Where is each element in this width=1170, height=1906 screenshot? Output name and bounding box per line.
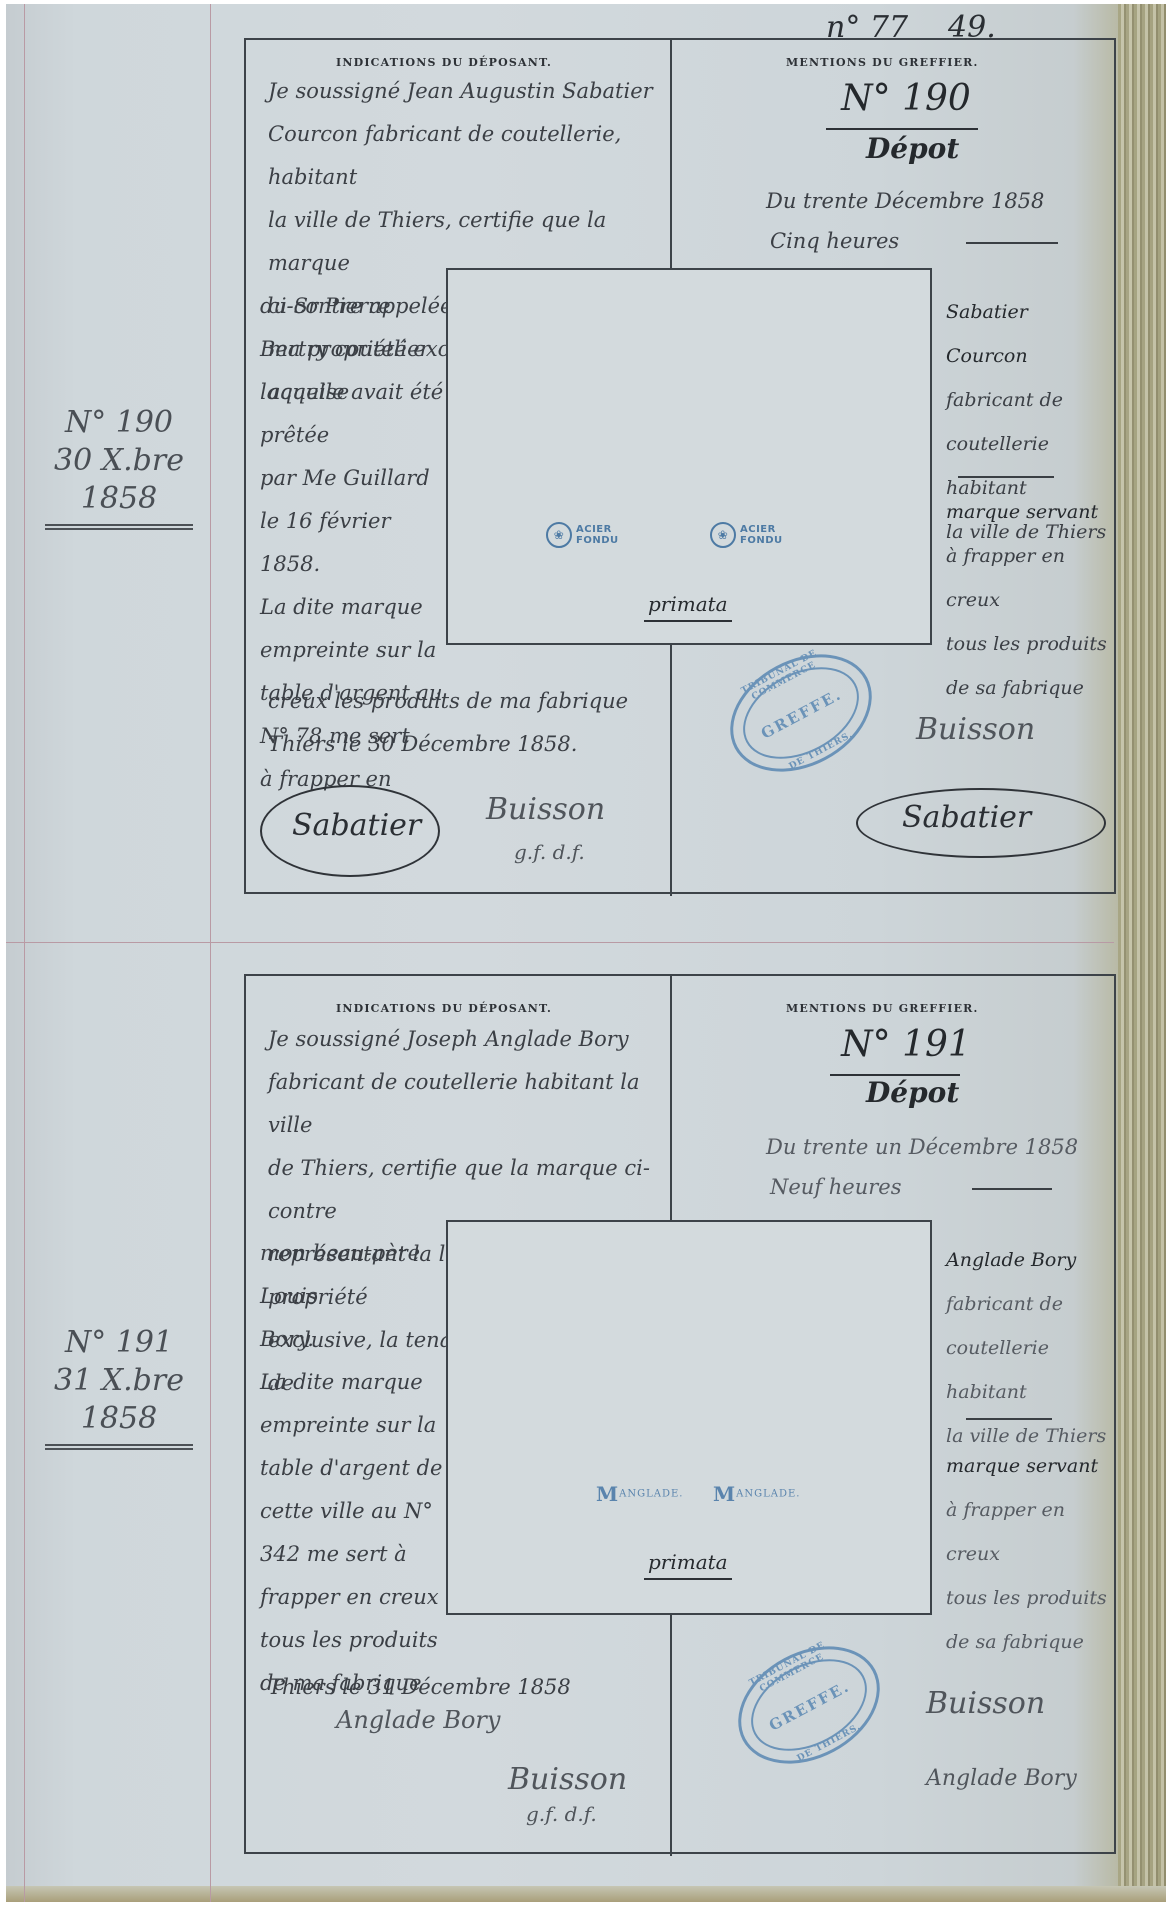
margin-entry-190: N° 190 30 X.bre 1858 — [34, 404, 204, 530]
depositor-signature: Anglade Bory — [336, 1706, 500, 1734]
statement-line: Je soussigné Jean Augustin Sabatier — [268, 70, 668, 113]
statement-line: tous les produits — [260, 1619, 445, 1662]
filler-rule — [966, 1418, 1052, 1420]
clerk-signature-initials: g.f. d.f. — [514, 840, 585, 864]
margin-rule-left — [24, 4, 25, 1902]
clerk-line: fabricant de — [946, 1282, 1114, 1326]
margin-entry-number: N° 190 — [34, 404, 204, 442]
mark-text: ACIER — [576, 524, 612, 535]
clerk-line: fabricant de — [946, 378, 1114, 422]
depositor-countersignature: Sabatier — [902, 800, 1031, 835]
statement-line: cette ville au N° — [260, 1490, 445, 1533]
depositor-heading: Indications du déposant. — [336, 56, 552, 69]
clerk-entry-number: N° 190 — [826, 78, 986, 119]
rose-icon: ❀ — [546, 522, 572, 548]
margin-entry-number: N° 191 — [34, 1324, 204, 1362]
clerk-line: tous les produits — [946, 622, 1114, 666]
margin-entry-date: 31 X.bre 1858 — [34, 1362, 204, 1438]
statement-line: frapper en creux — [260, 1576, 445, 1619]
deposit-time: Cinq heures — [770, 220, 899, 263]
clerk-line: Sabatier Courcon — [946, 290, 1114, 378]
tribunal-greffe-stamp: TRIBUNAL DE COMMERCE GREFFE. DE THIERS. — [710, 631, 892, 795]
mark-imprint-m-anglade: MANGLADE. — [713, 1482, 800, 1506]
margin-entry-date: 30 X.bre 1858 — [34, 442, 204, 518]
clerk-line: marque servant — [946, 1444, 1114, 1488]
book-page-edges — [1118, 4, 1166, 1902]
imprint-label: primata — [648, 1550, 728, 1580]
letter-m-icon: M — [596, 1482, 619, 1506]
column-divider-lower — [670, 643, 672, 896]
filler-rule — [966, 242, 1058, 244]
deposit-form-190: Indications du déposant. Mentions du gre… — [244, 38, 1116, 894]
clerk-line: Anglade Bory — [946, 1238, 1114, 1282]
statement-line: La dite marque — [260, 1361, 445, 1404]
mark-text: FONDU — [576, 535, 619, 546]
mark-text: FONDU — [740, 535, 783, 546]
register-page-photo: n° 7749. N° 190 30 X.bre 1858 Indication… — [6, 4, 1166, 1902]
statement-line: Courcon fabricant de coutellerie, habita… — [268, 113, 668, 199]
statement-line: La dite marque — [260, 586, 445, 629]
statement-line: laquelle avait été prêtée — [260, 371, 445, 457]
statement-line: du Sr Pierre — [260, 285, 445, 328]
clerk-heading: Mentions du greffier. — [786, 1002, 979, 1015]
double-rule — [45, 524, 193, 530]
clerk-countersignature: Buisson — [916, 712, 1035, 747]
margin-rule-right — [210, 4, 211, 1902]
statement-line: mon beau-père Louis — [260, 1232, 445, 1318]
depot-label: Dépot — [866, 1076, 959, 1109]
filler-rule — [972, 1188, 1052, 1190]
column-divider — [670, 976, 672, 1220]
number-underline — [826, 128, 978, 130]
depositor-signature: Sabatier — [292, 808, 421, 843]
statement-line: par Me Guillard — [260, 457, 445, 500]
depositor-statement-side: mon beau-père Louis Bory. La dite marque… — [260, 1232, 445, 1705]
mark-text: ANGLADE. — [619, 1489, 683, 1500]
mark-text: ACIER — [740, 524, 776, 535]
tribunal-greffe-stamp: TRIBUNAL DE COMMERCE GREFFE. DE THIERS. — [718, 1623, 900, 1787]
clerk-line: à frapper en creux — [946, 534, 1114, 622]
statement-line: Bory. — [260, 1318, 445, 1361]
mark-imprint-box: ❀ACIERFONDU ❀ACIERFONDU primata — [446, 268, 932, 645]
depositor-statement-bottom: Thiers le 31 Décembre 1858 — [268, 1666, 668, 1709]
depositor-countersignature: Anglade Bory — [926, 1766, 1077, 1791]
statement-line: Je soussigné Joseph Anglade Bory — [268, 1018, 668, 1061]
depot-label: Dépot — [866, 132, 959, 165]
depositor-statement-bottom: creux les produits de ma fabrique Thiers… — [268, 680, 668, 766]
statement-date-line: Thiers le 31 Décembre 1858 — [268, 1666, 668, 1709]
deposit-date: Du trente un Décembre 1858 — [766, 1126, 1078, 1169]
statement-line: creux les produits de ma fabrique — [268, 680, 668, 723]
statement-line: empreinte sur la — [260, 1404, 445, 1447]
statement-line: empreinte sur la — [260, 629, 445, 672]
clerk-line: de sa fabrique — [946, 666, 1114, 710]
deposit-time: Neuf heures — [770, 1166, 902, 1209]
statement-line: le 16 février 1858. — [260, 500, 445, 586]
clerk-signature: Buisson — [508, 1762, 627, 1797]
clerk-depositor-details: Anglade Bory fabricant de coutellerie ha… — [946, 1238, 1114, 1458]
filler-rule — [958, 476, 1054, 478]
mark-imprint-m-anglade: MANGLADE. — [596, 1482, 683, 1506]
book-bottom-edge — [6, 1886, 1166, 1902]
depositor-heading: Indications du déposant. — [336, 1002, 552, 1015]
clerk-line: coutellerie habitant — [946, 1326, 1114, 1414]
clerk-heading: Mentions du greffier. — [786, 56, 979, 69]
statement-line: 342 me sert à — [260, 1533, 445, 1576]
clerk-line: de sa fabrique — [946, 1620, 1114, 1664]
double-rule — [45, 1444, 193, 1450]
clerk-line: marque servant — [946, 490, 1114, 534]
entry-separator-rule — [6, 942, 1114, 943]
deposit-form-191: Indications du déposant. Mentions du gre… — [244, 974, 1116, 1854]
column-divider — [670, 40, 672, 268]
mark-text: ANGLADE. — [736, 1489, 800, 1500]
clerk-countersignature: Buisson — [926, 1686, 1045, 1721]
mark-imprint-box: MANGLADE. MANGLADE. primata — [446, 1220, 932, 1615]
statement-line: Bertry coutelier — [260, 328, 445, 371]
statement-line: table d'argent de — [260, 1447, 445, 1490]
clerk-mark-details: marque servant à frapper en creux tous l… — [946, 490, 1114, 710]
mark-imprint-acier-fondu: ❀ACIERFONDU — [546, 522, 619, 548]
imprint-label: primata — [648, 592, 728, 622]
deposit-date: Du trente Décembre 1858 — [766, 180, 1044, 223]
column-divider-lower — [670, 1613, 672, 1856]
clerk-mark-details: marque servant à frapper en creux tous l… — [946, 1444, 1114, 1664]
clerk-line: tous les produits — [946, 1576, 1114, 1620]
statement-line: fabricant de coutellerie habitant la vil… — [268, 1061, 668, 1147]
rose-icon: ❀ — [710, 522, 736, 548]
margin-entry-191: N° 191 31 X.bre 1858 — [34, 1324, 204, 1450]
letter-m-icon: M — [713, 1482, 736, 1506]
statement-date-line: Thiers le 30 Décembre 1858. — [268, 723, 668, 766]
clerk-signature: Buisson — [486, 792, 605, 827]
clerk-signature-initials: g.f. d.f. — [526, 1802, 597, 1826]
clerk-line: à frapper en creux — [946, 1488, 1114, 1576]
clerk-entry-number: N° 191 — [826, 1024, 986, 1065]
mark-imprint-acier-fondu: ❀ACIERFONDU — [710, 522, 783, 548]
